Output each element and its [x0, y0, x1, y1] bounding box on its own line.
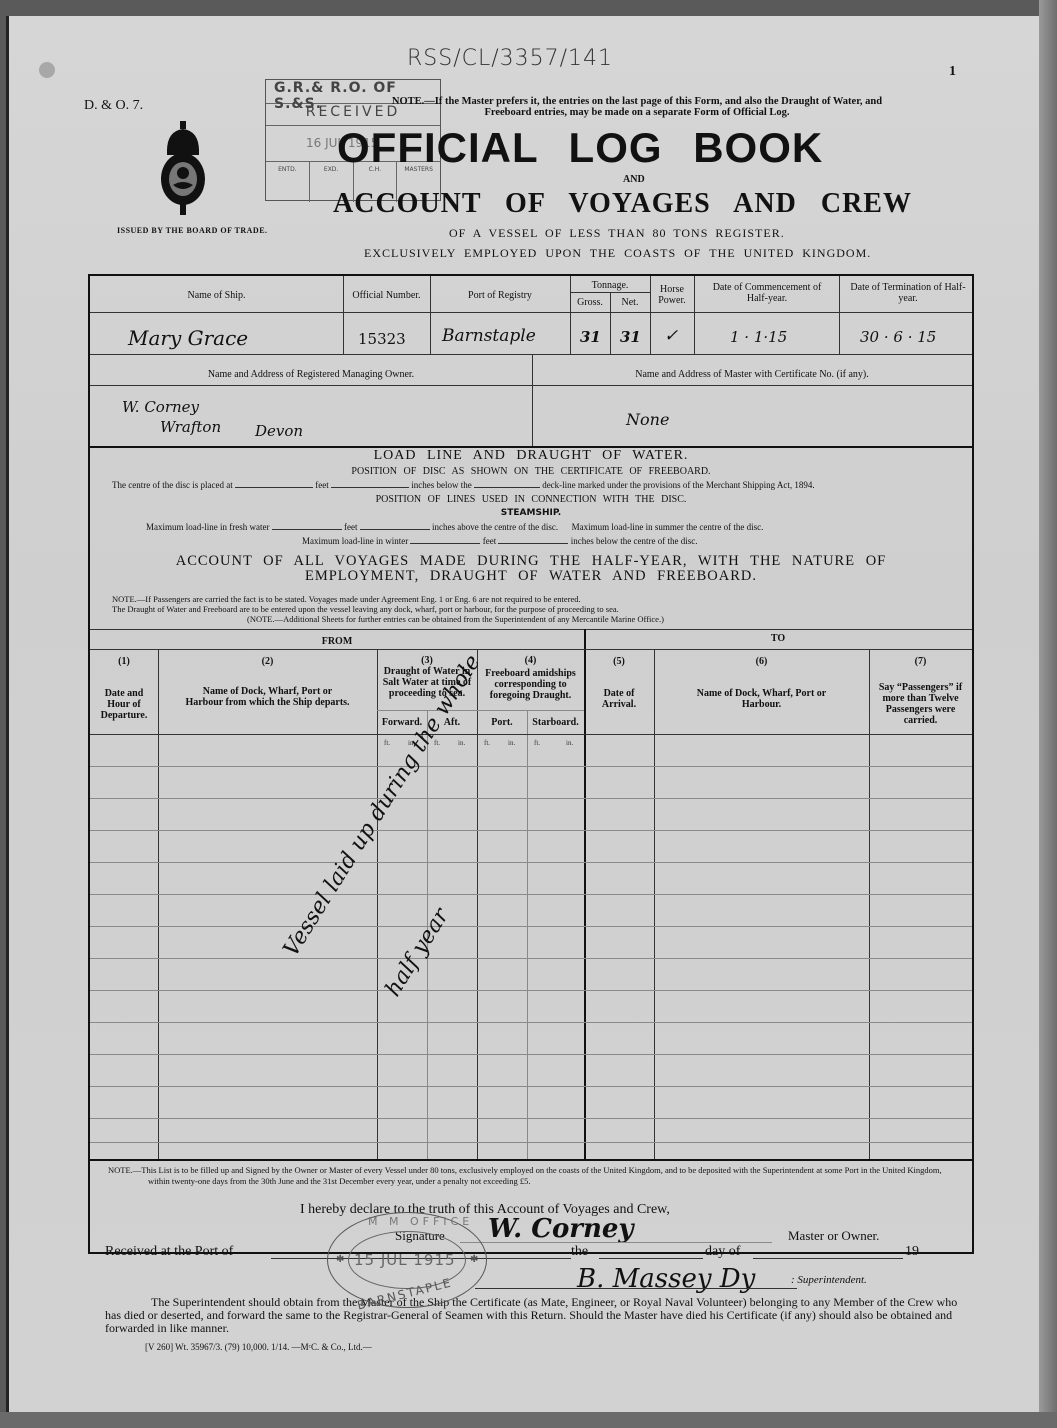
col-5-number: (5) — [584, 656, 654, 667]
unit-ft: ft. — [484, 739, 490, 747]
commencement-value: 1 · 1·15 — [730, 328, 787, 346]
account-title-line: ACCOUNT OF ALL VOYAGES MADE DURING THE H… — [110, 554, 952, 569]
owner-county-value: Devon — [255, 422, 303, 440]
page-subtitle: ACCOUNT OF VOYAGES AND CREW — [333, 188, 912, 220]
header-termination: Date of Termination of Half-year. — [847, 282, 969, 304]
superintendent-signature: B. Massey Dy — [577, 1264, 755, 1294]
feet-label: feet — [344, 522, 358, 532]
header-ship-name: Name of Ship. — [90, 290, 343, 301]
issued-by: ISSUED BY THE BOARD OF TRADE. — [117, 226, 268, 235]
winter-label: Maximum load-line in winter — [302, 536, 408, 546]
page-edge-shadow — [1039, 0, 1057, 1428]
account-note-line: (NOTE.—Additional Sheets for further ent… — [112, 614, 664, 624]
account-note-line: The Draught of Water and Freeboard are t… — [112, 604, 664, 614]
deck-line-label: deck-line marked under the provisions of… — [542, 480, 814, 490]
disc-inches-field[interactable] — [331, 480, 409, 488]
steamship-label: STEAMSHIP. — [90, 508, 972, 518]
port-value: Barnstaple — [442, 326, 536, 346]
superintendent-label: : Superintendent. — [791, 1274, 867, 1286]
col-4-number: (4) — [477, 655, 584, 666]
fresh-feet-field[interactable] — [272, 522, 342, 530]
master-value: None — [626, 410, 669, 429]
form-frame: Name of Ship. Official Number. Port of R… — [88, 274, 974, 1254]
account-note-line: NOTE.—If Passengers are carried the fact… — [112, 594, 664, 604]
col-2-label: Name of Dock, Wharf, Port or Harbour fro… — [184, 686, 351, 708]
sub-port: Port. — [477, 717, 527, 728]
fresh-label: Maximum load-line in fresh water — [146, 522, 269, 532]
deck-line-field[interactable] — [474, 480, 540, 488]
disc-title: POSITION OF DISC AS SHOWN ON THE CERTIFI… — [90, 466, 972, 477]
unit-in: in. — [508, 739, 515, 747]
postmark-office: M M OFFICE — [368, 1215, 473, 1228]
stamp-col: ENTD. — [266, 162, 310, 202]
header-gross: Gross. — [570, 297, 610, 308]
col-1-label: Date and Hour of Departure. — [94, 688, 154, 721]
top-note-line: Freeboard entries, may be made on a sepa… — [327, 107, 947, 118]
owner-address-value: Wrafton — [160, 418, 221, 436]
official-number-value: 15323 — [358, 330, 406, 348]
lines-title: POSITION OF LINES USED IN CONNECTION WIT… — [90, 494, 972, 505]
header-commencement: Date of Commencement of Half-year. — [704, 282, 830, 304]
unit-in: in. — [458, 739, 465, 747]
col-2-number: (2) — [158, 656, 377, 667]
royal-crest-icon — [159, 121, 207, 216]
winter-feet-field[interactable] — [410, 536, 480, 544]
archive-reference: RSS/CL/3357/141 — [407, 46, 613, 71]
header-owner: Name and Address of Registered Managing … — [90, 369, 532, 380]
to-header: TO — [584, 633, 972, 644]
feet-label: feet — [315, 480, 329, 490]
header-port: Port of Registry — [430, 290, 570, 301]
load-line-title: LOAD LINE AND DRAUGHT OF WATER. — [90, 448, 972, 464]
header-master: Name and Address of Master with Certific… — [532, 369, 972, 380]
feet-label: feet — [483, 536, 497, 546]
col-5-label: Date of Arrival. — [590, 688, 648, 710]
header-official-number: Official Number. — [343, 290, 430, 301]
account-note: NOTE.—If Passengers are carried the fact… — [112, 594, 664, 624]
ship-name-value: Mary Grace — [128, 326, 248, 350]
sub-starboard: Starboard. — [527, 717, 584, 728]
barnstaple-postmark: M M OFFICE ✱ 15 JUL 1915 ✱ BARNSTAPLE — [327, 1212, 487, 1308]
year-prefix: 19 — [905, 1244, 919, 1260]
form-code: D. & O. 7. — [84, 98, 143, 114]
postmark-date: 15 JUL 1915 — [354, 1251, 456, 1269]
page-number: 1 — [949, 64, 956, 80]
col-1-number: (1) — [90, 656, 158, 667]
star-icon: ✱ — [470, 1254, 478, 1265]
subtitle-vessel: OF A VESSEL OF LESS THAN 80 TONS REGISTE… — [449, 226, 785, 241]
winter-line: Maximum load-line in winter feet inches … — [302, 536, 697, 547]
from-header: FROM — [90, 636, 584, 647]
disc-feet-field[interactable] — [235, 480, 313, 488]
print-line: [V 260] Wt. 35967/3. (79) 10,000. 1/14. … — [145, 1342, 372, 1352]
handwritten-entry-line-2: half year — [381, 904, 454, 1001]
top-note-line: NOTE.—If the Master prefers it, the entr… — [327, 96, 947, 107]
disc-label: The centre of the disc is placed at — [112, 480, 233, 490]
header-net: Net. — [610, 297, 650, 308]
account-title: ACCOUNT OF ALL VOYAGES MADE DURING THE H… — [90, 554, 972, 584]
inches-label: inches below the centre of the disc. — [571, 536, 698, 546]
day-of-label: day of — [705, 1244, 740, 1260]
horse-power-value: ✓ — [664, 326, 678, 346]
col-7-number: (7) — [869, 656, 972, 667]
header-horse-power: Horse Power. — [652, 284, 692, 306]
log-book-page: RSS/CL/3357/141 1 D. & O. 7. ISSUED BY T… — [6, 16, 1052, 1412]
scan-bottom-edge — [0, 1412, 1057, 1428]
header-tonnage: Tonnage. — [570, 280, 650, 291]
net-value: 31 — [620, 328, 641, 346]
summer-label: Maximum load-line in summer the centre o… — [572, 522, 764, 532]
received-at-label: Received at the Port of — [105, 1244, 233, 1260]
inches-label: inches above the centre of the disc. — [432, 522, 558, 532]
col-4-label: Freeboard amidships corresponding to for… — [480, 668, 581, 701]
owner-signature: W. Corney — [488, 1214, 634, 1244]
owner-name-value: W. Corney — [122, 398, 199, 416]
inches-label: inches below the — [411, 480, 471, 490]
title-and: AND — [623, 174, 645, 185]
list-note: NOTE.—This List is to be filled up and S… — [108, 1165, 958, 1186]
gross-value: 31 — [580, 328, 601, 346]
master-or-owner-label: Master or Owner. — [788, 1228, 879, 1244]
the-label: the — [571, 1244, 588, 1260]
fresh-water-line: Maximum load-line in fresh water feet in… — [146, 522, 763, 533]
page-title: OFFICIAL LOG BOOK — [337, 124, 823, 172]
winter-inches-field[interactable] — [498, 536, 568, 544]
top-note: NOTE.—If the Master prefers it, the entr… — [327, 96, 947, 118]
col-6-number: (6) — [654, 656, 869, 667]
disc-position-line: The centre of the disc is placed at feet… — [112, 480, 815, 491]
unit-ft: ft. — [534, 739, 540, 747]
punch-hole — [39, 62, 55, 78]
superintendent-instruction: The Superintendent should obtain from th… — [105, 1296, 965, 1335]
fresh-inches-field[interactable] — [360, 522, 430, 530]
termination-value: 30 · 6 · 15 — [860, 328, 936, 346]
subtitle-coasts: EXCLUSIVELY EMPLOYED UPON THE COASTS OF … — [364, 246, 871, 261]
unit-in: in. — [566, 739, 573, 747]
account-title-line: EMPLOYMENT, DRAUGHT OF WATER AND FREEBOA… — [110, 569, 952, 584]
col-7-label: Say “Passengers” if more than Twelve Pas… — [872, 682, 969, 726]
unit-ft: ft. — [384, 739, 390, 747]
star-icon: ✱ — [336, 1254, 344, 1265]
col-6-label: Name of Dock, Wharf, Port or Harbour. — [690, 688, 833, 710]
